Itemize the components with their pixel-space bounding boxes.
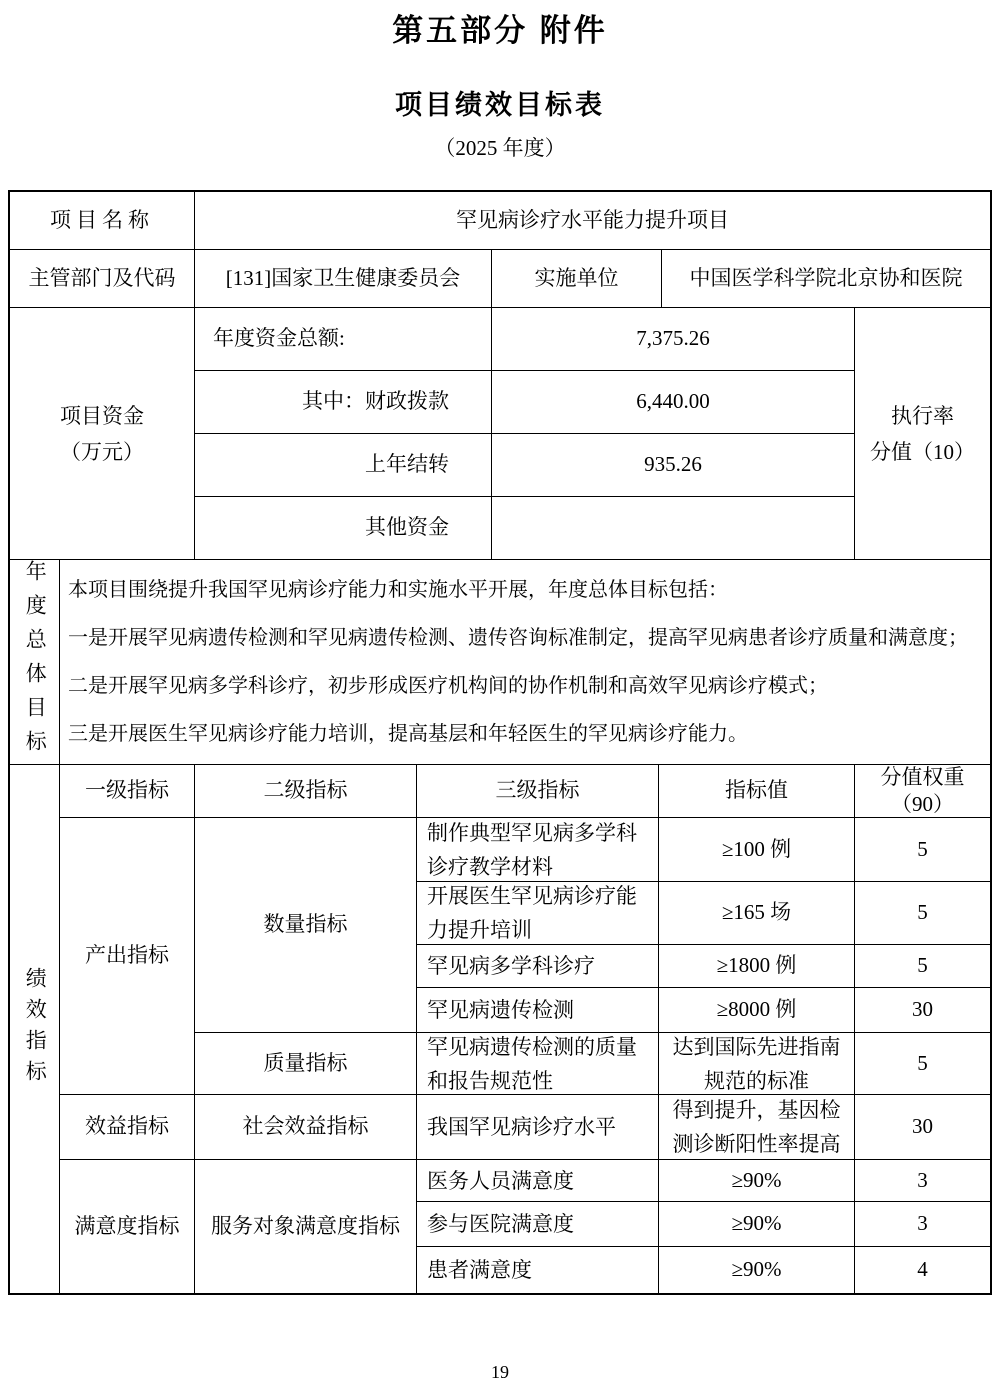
indicator-weight: 30 (855, 1095, 990, 1160)
annual-goal-text: 本项目围绕提升我国罕见病诊疗能力和实施水平开展，年度总体目标包括： 一是开展罕见… (60, 560, 990, 765)
goal-paragraph: 一是开展罕见病遗传检测和罕见病遗传检测、遗传咨询标准制定，提高罕见病患者诊疗质量… (68, 623, 968, 653)
indicator-value: ≥90% (659, 1247, 855, 1293)
department-value: [131]国家卫生健康委员会 (195, 250, 492, 308)
funds-section: 项目资金 （万元） 年度资金总额: 7,375.26 其中：财政拨款 6,440… (10, 308, 990, 560)
implement-unit-label: 实施单位 (492, 250, 662, 308)
table-title: 项目绩效目标表 (0, 83, 1000, 122)
indicator-weight: 5 (855, 1033, 990, 1095)
indicator-weight: 5 (855, 882, 990, 945)
indicator-weight: 3 (855, 1202, 990, 1247)
fund-fiscal-value: 6,440.00 (492, 371, 855, 434)
indicator-level3: 医务人员满意度 (417, 1160, 659, 1202)
indicator-value: 达到国际先进指南规范的标准 (659, 1033, 855, 1095)
subgroup-social: 社会效益指标 (195, 1095, 417, 1160)
goal-paragraph: 二是开展罕见病多学科诊疗，初步形成医疗机构间的协作机制和高效罕见病诊疗模式； (68, 671, 828, 701)
project-name-row: 项目名称 罕见病诊疗水平能力提升项目 (10, 192, 990, 250)
fund-other-label: 其他资金 (195, 497, 492, 560)
indicator-weight: 30 (855, 988, 990, 1033)
header-weight: 分值权重 （90） (855, 765, 990, 818)
indicator-value: ≥1800 例 (659, 945, 855, 988)
indicators-section: 绩效指标 一级指标 二级指标 三级指标 指标值 分值权重 （90） 产出指标 数… (10, 765, 990, 1293)
header-level2: 二级指标 (195, 765, 417, 818)
indicator-weight: 5 (855, 945, 990, 988)
indicator-value: 得到提升，基因检测诊断阳性率提高 (659, 1095, 855, 1160)
department-row: 主管部门及代码 [131]国家卫生健康委员会 实施单位 中国医学科学院北京协和医… (10, 250, 990, 308)
indicator-weight: 3 (855, 1160, 990, 1202)
indicator-value: ≥100 例 (659, 818, 855, 882)
indicators-label: 绩效指标 (10, 765, 60, 1293)
indicator-level3: 罕见病多学科诊疗 (417, 945, 659, 988)
group-satisfaction: 满意度指标 (60, 1160, 195, 1293)
annual-goal-section: 年度总体目标 本项目围绕提升我国罕见病诊疗能力和实施水平开展，年度总体目标包括：… (10, 560, 990, 765)
group-output: 产出指标 (60, 818, 195, 1095)
subgroup-quantity: 数量指标 (195, 818, 417, 1033)
indicator-level3: 罕见病遗传检测的质量和报告规范性 (417, 1033, 659, 1095)
funds-label: 项目资金 （万元） (10, 308, 195, 560)
indicator-level3: 我国罕见病诊疗水平 (417, 1095, 659, 1160)
indicator-level3: 制作典型罕见病多学科诊疗教学材料 (417, 818, 659, 882)
indicator-level3: 患者满意度 (417, 1247, 659, 1293)
indicator-value: ≥90% (659, 1202, 855, 1247)
document-title: 第五部分 附件 (0, 5, 1000, 50)
header-level3: 三级指标 (417, 765, 659, 818)
group-benefit: 效益指标 (60, 1095, 195, 1160)
fund-total-value: 7,375.26 (492, 308, 855, 371)
goal-paragraph: 三是开展医生罕见病诊疗能力培训，提高基层和年轻医生的罕见病诊疗能力。 (68, 719, 748, 749)
subgroup-service: 服务对象满意度指标 (195, 1160, 417, 1293)
indicator-level3: 罕见病遗传检测 (417, 988, 659, 1033)
indicator-value: ≥165 场 (659, 882, 855, 945)
indicator-level3: 开展医生罕见病诊疗能力提升培训 (417, 882, 659, 945)
project-name-label: 项目名称 (10, 192, 195, 250)
implement-unit-value: 中国医学科学院北京协和医院 (662, 250, 990, 308)
indicator-weight: 4 (855, 1247, 990, 1293)
indicator-level3: 参与医院满意度 (417, 1202, 659, 1247)
fund-carryover-value: 935.26 (492, 434, 855, 497)
header-value: 指标值 (659, 765, 855, 818)
fund-total-label: 年度资金总额: (195, 308, 492, 371)
indicator-value: ≥90% (659, 1160, 855, 1202)
fund-other-value (492, 497, 855, 560)
document-page: { "page": { "title": "第五部分 附件", "subtitl… (0, 0, 1000, 1398)
department-label: 主管部门及代码 (10, 250, 195, 308)
period-label: （2025 年度） (0, 132, 1000, 162)
annual-goal-label: 年度总体目标 (10, 560, 60, 765)
fund-fiscal-label: 其中：财政拨款 (195, 371, 492, 434)
fund-carryover-label: 上年结转 (195, 434, 492, 497)
performance-target-table: 项目名称 罕见病诊疗水平能力提升项目 主管部门及代码 [131]国家卫生健康委员… (8, 190, 992, 1295)
execution-rate-score-label: 执行率 分值（10） (855, 308, 990, 560)
subgroup-quality: 质量指标 (195, 1033, 417, 1095)
goal-paragraph: 本项目围绕提升我国罕见病诊疗能力和实施水平开展，年度总体目标包括： (68, 575, 728, 605)
indicator-weight: 5 (855, 818, 990, 882)
header-level1: 一级指标 (60, 765, 195, 818)
page-number: 19 (0, 1362, 1000, 1383)
project-name-value: 罕见病诊疗水平能力提升项目 (195, 192, 990, 250)
indicator-value: ≥8000 例 (659, 988, 855, 1033)
